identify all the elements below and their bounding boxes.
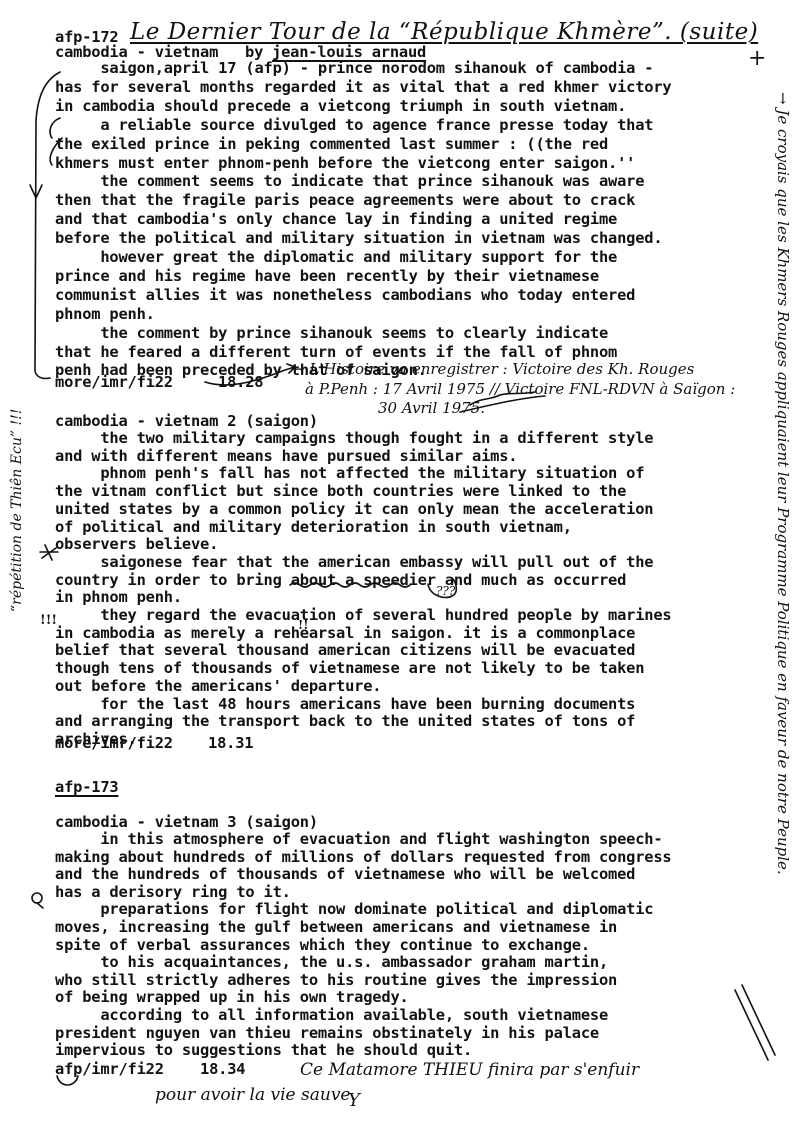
- typed-line: phnom penh.: [55, 307, 155, 322]
- history-note-line3: 30 Avril 1975.: [378, 401, 485, 416]
- typed-line: spite of verbal assurances which they co…: [55, 938, 590, 953]
- typed-line: country in order to bring about a speedi…: [55, 573, 626, 588]
- dispatch1-footer-code: more/imr/fi22: [55, 375, 173, 390]
- typed-line: saigon,april 17 (afp) - prince norodom s…: [55, 61, 653, 76]
- typed-line: though tens of thousands of vietnamese a…: [55, 661, 644, 676]
- dispatch2-footer-code: more/imr/fi22: [55, 736, 173, 751]
- typed-line: moves, increasing the gulf between ameri…: [55, 920, 617, 935]
- typed-line: communist allies it was nonetheless camb…: [55, 288, 635, 303]
- dispatch3-footer-code: afp/imr/fi22: [55, 1062, 164, 1077]
- typed-line: in phnom penh.: [55, 590, 182, 605]
- scanned-document-page: afp-172 Le Dernier Tour de la “Républiqu…: [0, 0, 800, 1122]
- dispatch3-footer-time: 18.34: [200, 1062, 245, 1077]
- typed-line: president nguyen van thieu remains obsti…: [55, 1026, 599, 1041]
- typed-line: in this atmosphere of evacuation and fli…: [55, 832, 662, 847]
- typed-line: united states by a common policy it can …: [55, 502, 653, 517]
- typed-line: phnom penh's fall has not affected the m…: [55, 466, 644, 481]
- dispatch2-slug: cambodia - vietnam 2 (saigon): [55, 414, 318, 429]
- typed-line: however great the diplomatic and militar…: [55, 250, 617, 265]
- typed-line: a reliable source divulged to agence fra…: [55, 118, 653, 133]
- typed-line: the comment by prince sihanouk seems to …: [55, 326, 608, 341]
- dispatch1-footer-time: 18.28: [218, 375, 263, 390]
- typed-line: khmers must enter phnom-penh before the …: [55, 156, 635, 171]
- typed-line: in cambodia should precede a vietcong tr…: [55, 99, 626, 114]
- plus-mark: +: [748, 48, 766, 70]
- typed-line: of political and military deterioration …: [55, 520, 572, 535]
- typed-line: and the hundreds of thousands of vietnam…: [55, 867, 635, 882]
- exclaim-marks: !!!: [40, 614, 57, 627]
- typed-line: saigonese fear that the american embassy…: [55, 555, 653, 570]
- right-margin-note: → Je croyais que les Khmers Rouges appli…: [775, 92, 790, 875]
- typed-line: for the last 48 hours americans have bee…: [55, 697, 635, 712]
- thieu-note-line2: pour avoir la vie sauve.: [155, 1087, 356, 1104]
- typed-line: in cambodia as merely a rehearsal in sai…: [55, 626, 635, 641]
- typed-line: impervious to suggestions that he should…: [55, 1043, 472, 1058]
- typed-line: according to all information available, …: [55, 1008, 608, 1023]
- thieu-note-line1: Ce Matamore THIEU finira par s'enfuir: [300, 1062, 639, 1079]
- initials-mark: Y: [348, 1092, 360, 1110]
- typed-line: out before the americans' departure.: [55, 679, 381, 694]
- typed-line: the exiled prince in peking commented la…: [55, 137, 608, 152]
- typed-line: the comment seems to indicate that princ…: [55, 174, 644, 189]
- left-margin-note: “répétition de Thiên Ecu” !!!: [10, 409, 24, 612]
- typed-line: has for several months regarded it as vi…: [55, 80, 672, 95]
- typed-line: of being wrapped up in his own tragedy.: [55, 990, 409, 1005]
- typed-line: to his acquaintances, the u.s. ambassado…: [55, 955, 608, 970]
- typed-line: preparations for flight now dominate pol…: [55, 902, 653, 917]
- typed-line: and arranging the transport back to the …: [55, 714, 635, 729]
- typed-line: before the political and military situat…: [55, 231, 662, 246]
- rehearsal-exclaim-marks: !!: [298, 619, 309, 631]
- typed-line: who still strictly adheres to his routin…: [55, 973, 617, 988]
- dispatch2-footer-time: 18.31: [208, 736, 253, 751]
- dispatch3-slug: cambodia - vietnam 3 (saigon): [55, 815, 318, 830]
- typed-line: making about hundreds of millions of dol…: [55, 850, 672, 865]
- typed-line: the two military campaigns though fought…: [55, 431, 653, 446]
- typed-line: prince and his regime have been recently…: [55, 269, 599, 284]
- question-marks: ???: [436, 585, 455, 597]
- typed-line: the vitnam conflict but since both count…: [55, 484, 626, 499]
- typed-line: they regard the evacuation of several hu…: [55, 608, 672, 623]
- typed-line: and that cambodia's only chance lay in f…: [55, 212, 617, 227]
- typed-line: belief that several thousand american ci…: [55, 643, 635, 658]
- history-note-line2: à P.Penh : 17 Avril 1975 // Victoire FNL…: [305, 382, 735, 397]
- typed-line: then that the fragile paris peace agreem…: [55, 193, 635, 208]
- dispatch3-id: afp-173: [55, 780, 118, 795]
- history-note-line1: → L'Histoire va enregistrer : Victoire d…: [292, 362, 694, 377]
- typed-line: has a derisory ring to it.: [55, 885, 291, 900]
- typed-line: observers believe.: [55, 537, 218, 552]
- typed-line: and with different means have pursued si…: [55, 449, 517, 464]
- handwritten-title: Le Dernier Tour de la “République Khmère…: [130, 21, 758, 44]
- typed-line: that he feared a different turn of event…: [55, 345, 617, 360]
